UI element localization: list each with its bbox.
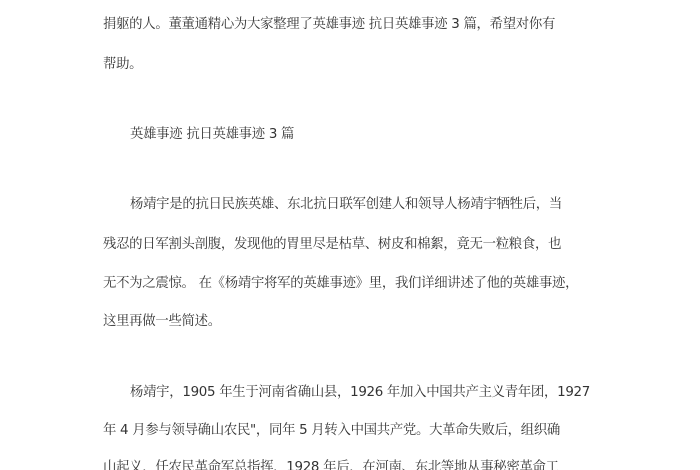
paragraph-1-line-2: 残忍的日军割头剖腹，发现他的胃里尽是枯草、树皮和棉絮，竟无一粒粮食，也 — [103, 236, 603, 254]
section-heading: 英雄事迹 抗日英雄事迹 3 篇 — [130, 126, 630, 144]
paragraph-2-line-2: 年 4 月参与领导确山农民"，同年 5 月转入中国共产党。大革命失败后，组织确 — [103, 422, 603, 440]
paragraph-1-line-1: 杨靖宇是的抗日民族英雄、东北抗日联军创建人和领导人杨靖宇牺牲后，当 — [130, 196, 630, 214]
intro-line-1: 捐躯的人。董董通精心为大家整理了英雄事迹 抗日英雄事迹 3 篇，希望对你有 — [103, 16, 603, 34]
intro-line-2: 帮助。 — [103, 56, 603, 74]
paragraph-1-line-3: 无不为之震惊。 在《杨靖宇将军的英雄事迹》里，我们详细讲述了他的英雄事迹， — [103, 275, 603, 293]
document-page: 捐躯的人。董董通精心为大家整理了英雄事迹 抗日英雄事迹 3 篇，希望对你有 帮助… — [0, 0, 700, 470]
paragraph-2-line-3: 山起义，任农民革命军总指挥，1928 年后，在河南、东北等地从事秘密革命工 — [103, 459, 603, 470]
paragraph-2-line-1: 杨靖宇，1905 年生于河南省确山县，1926 年加入中国共产主义青年团，192… — [130, 384, 630, 402]
paragraph-1-line-4: 这里再做一些简述。 — [103, 313, 603, 331]
